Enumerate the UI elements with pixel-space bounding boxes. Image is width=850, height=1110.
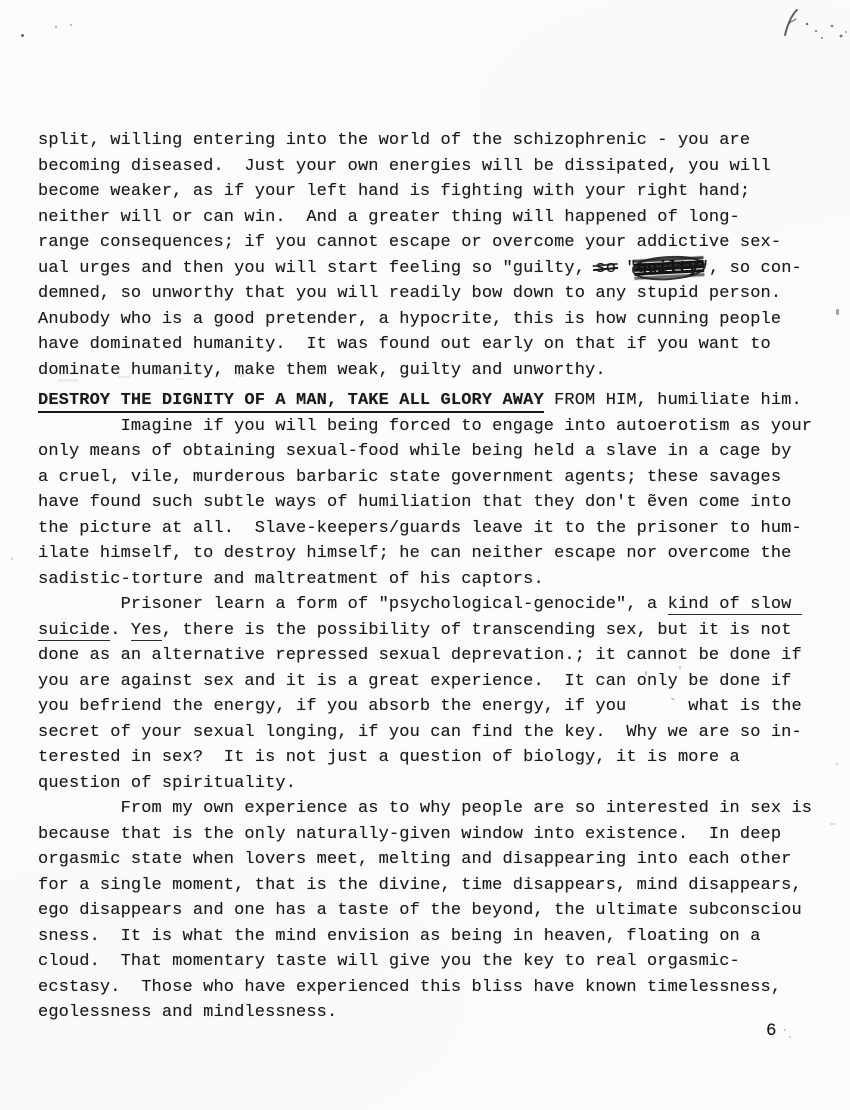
text-line: question of spirituality. [38, 771, 840, 797]
line-with-underline: Prisoner learn a form of "psychological-… [38, 592, 840, 618]
text-line: demned, so unworthy that you will readil… [38, 281, 840, 307]
text-line: From my own experience as to why people … [38, 796, 840, 822]
text-line: only means of obtaining sexual-food whil… [38, 439, 840, 465]
text-line: have dominated humanity. It was found ou… [38, 332, 840, 358]
section-heading: DESTROY THE DIGNITY OF A MAN, TAKE ALL G… [38, 388, 840, 414]
text-line: ego disappears and one has a taste of th… [38, 898, 840, 924]
text-line: ilate himself, to destroy himself; he ca… [38, 541, 840, 567]
line-with-corrections: ual urges and then you will start feelin… [38, 256, 840, 282]
text-line: secret of your sexual longing, if you ca… [38, 720, 840, 746]
scan-speck [11, 557, 13, 560]
scan-speck [55, 26, 57, 28]
page-number: 6 [766, 1021, 777, 1041]
scan-speck [21, 34, 24, 37]
scan-speck [70, 24, 72, 26]
text-line: a cruel, vile, murderous barbaric state … [38, 465, 840, 491]
text-line: split, willing entering into the world o… [38, 128, 840, 154]
text-line: the picture at all. Slave-keepers/guards… [38, 516, 840, 542]
text-line: become weaker, as if your left hand is f… [38, 179, 840, 205]
handwritten-pencil-mark [775, 5, 850, 50]
scanned-typewritten-page: split, willing entering into the world o… [0, 0, 850, 1110]
text-line: becoming diseased. Just your own energie… [38, 154, 840, 180]
text-line: done as an alternative repressed sexual … [38, 643, 840, 669]
text-line: because that is the only naturally-given… [38, 822, 840, 848]
text-line: Imagine if you will being forced to enga… [38, 414, 840, 440]
text-line: sness. It is what the mind envision as b… [38, 924, 840, 950]
text-line: sadistic-torture and maltreatment of his… [38, 567, 840, 593]
text-line: terested in sex? It is not just a questi… [38, 745, 840, 771]
text-line: Anubody who is a good pretender, a hypoc… [38, 307, 840, 333]
text-line: ecstasy. Those who have experienced this… [38, 975, 840, 1001]
scan-speck [789, 1036, 791, 1038]
text-line: egolessness and mindlessness. [38, 1000, 840, 1026]
text-line: you are against sex and it is a great ex… [38, 669, 840, 695]
text-line: for a single moment, that is the divine,… [38, 873, 840, 899]
text-line: dominate humanity, make them weak, guilt… [38, 358, 840, 384]
text-line: have found such subtle ways of humiliati… [38, 490, 840, 516]
scan-speck [784, 1029, 786, 1031]
line-with-underline: suicide. Yes, there is the possibility o… [38, 618, 840, 644]
line-with-erasure: you befriend the energy, if you absorb t… [38, 694, 840, 720]
text-line: range consequences; if you cannot escape… [38, 230, 840, 256]
text-line: neither will or can win. And a greater t… [38, 205, 840, 231]
text-line: orgasmic state when lovers meet, melting… [38, 847, 840, 873]
text-line: cloud. That momentary taste will give yo… [38, 949, 840, 975]
typed-lines: split, willing entering into the world o… [38, 128, 840, 1026]
